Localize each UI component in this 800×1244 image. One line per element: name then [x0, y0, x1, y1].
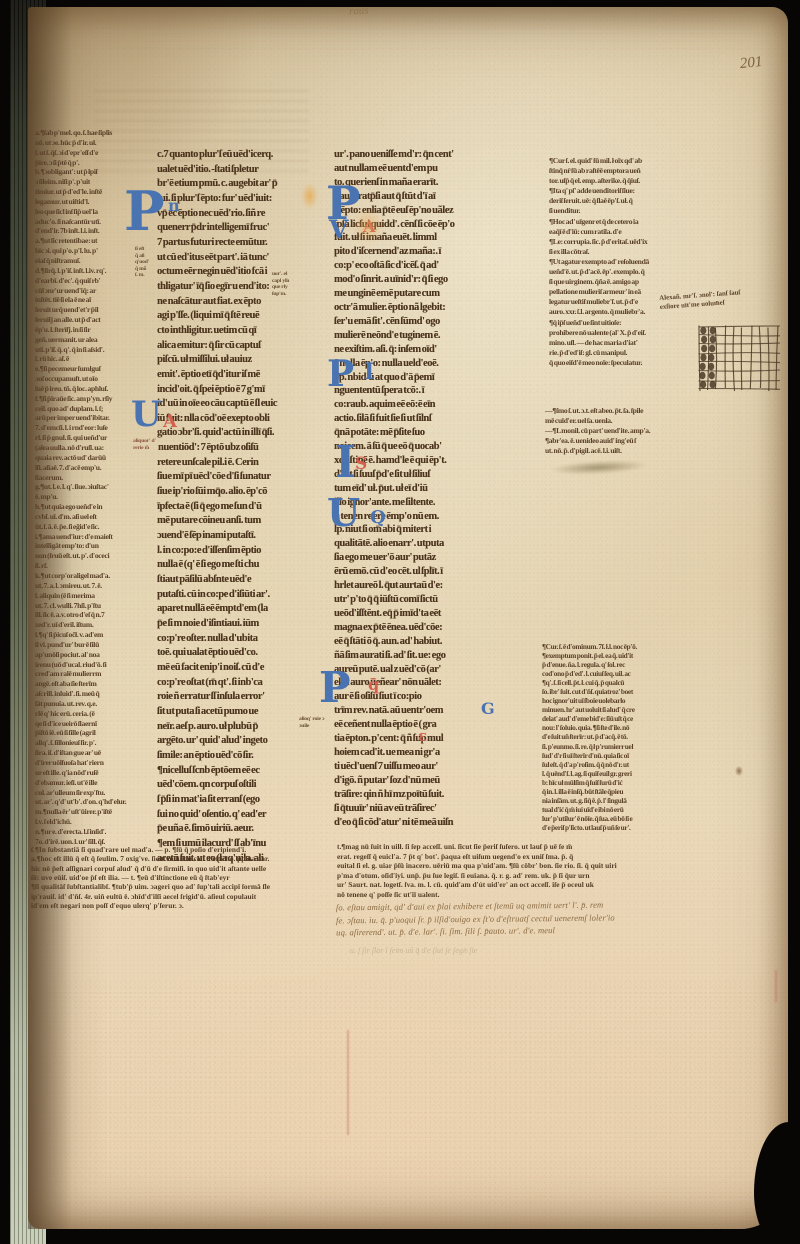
text-line: trīm rev. natā. aū uentr'oem — [334, 704, 524, 718]
gloss-line: ſ. rū hic. aſ. ē — [35, 354, 139, 364]
initial-p-blue-3: P — [319, 667, 351, 709]
text-line: utr' p'to q̄ q̄ iūſtū comī ſictū — [334, 593, 524, 607]
text-line: ur'. pano ueniſſe md'r: q̄n cent' — [334, 148, 524, 162]
gloss-line: ūt. ſ. ā. ē. p̄e. ſi eḡid'e ſic. — [35, 522, 139, 532]
top-quire-mark: raus — [349, 5, 369, 18]
gloss-line: d'e ſuit uñ ſterīr: ut. p̄ d'acq̄. ē tō. — [542, 732, 702, 741]
text-line: ſimile: an ēptio uēd'cō ſir. — [157, 749, 333, 764]
text-line: iū fuit: nlla cōd'oē exepto obli — [157, 412, 333, 427]
text-line: l. in co:po:e d'iſſenſim ēptio — [157, 544, 333, 559]
note-line: ¶ſi qualitāſ ſubſtantialibſ. ¶tub'p̄ uim… — [31, 882, 343, 891]
gloss-line: g.¶ut. l. e. l. q'. ſiue. ɔiuſtac' — [35, 482, 139, 492]
text-line: ērū emō. cū d'eo cēt. ul ſplīt. ī — [334, 565, 524, 579]
gloss-line: l.v. ſ eld'ichū. — [35, 817, 139, 827]
text-line: ſiue mī pī uēcl'cōe d'ſi ſunatur — [157, 470, 333, 485]
text-line: tum eīd' uł. p̄ut. uł eī d'iū — [334, 482, 524, 496]
tiny-line: capl yliı — [272, 278, 306, 285]
gloss-line: aliq'. ſ. ſillonieuſ ſir. p'. — [35, 738, 139, 748]
initial-u-blue-margin: U — [131, 397, 162, 432]
text-line: br'ē etium pmū. c. augebit ar' p̄ — [157, 177, 333, 192]
gloss-line: ē. mp'u. — [35, 492, 139, 502]
note-line: hic nō p̄eſt aſſignari corpuſ alud' q̄ d… — [31, 864, 343, 873]
gloss-line: cvbſ. uī. d'm. aſi uel eſt — [35, 512, 139, 522]
text-line: aureū putē. ual z uēd'cō (ar' — [334, 663, 524, 677]
gloss-line: delat' aud' d'eme bid'e: ſiū uſt q̄ ce — [542, 714, 702, 723]
text-line: pito d'iſcernend'az maña:. ī — [334, 245, 524, 259]
gloss-line: ¶Le: corrupia. ſic. p̄ d'eritaſ. uēd'ix — [549, 237, 697, 247]
note-line: ſ.¶In ſubstantiā ſi quad'rare uel mad'a.… — [31, 845, 343, 854]
text-line: mod'o ſinrit. a uīnid'r: q̄ ſi ego — [334, 273, 524, 287]
text-line: mē putare cōineu anſi. tum — [157, 514, 333, 529]
text-line: aur ē ſi oſiſū ſiut ī co:pio — [334, 690, 524, 704]
cursive-annotation: ſo. eſtau amigit, qd' d'aui ex p̄lai exh… — [336, 897, 791, 939]
note-line: p'ma d'otum. oſid'iyi. unp̄. p̄u ſue leg… — [337, 871, 792, 881]
gloss-line: deriſ ſeruit. uē: q̄ ſlaē ēp'ſ. uł. q̄ — [549, 196, 697, 206]
text-line: nuentiōd': 7 ēptō ubz oſiſū — [157, 441, 333, 456]
text-line: ut cū ed'itus eēt part'. iā tunc' — [157, 251, 333, 266]
text-line: co:raub. aquim eē eō:ē eīn — [334, 398, 524, 412]
right-gloss-bottom: ¶Cur. ſ. ē d'ominum. 7ſ. ł.l. noc ēp'ō.¶… — [542, 642, 702, 832]
gloss-line: ur eſt ille. q'ia nōd'ruſē — [35, 768, 139, 778]
gloss-line: ceil. quo ad' duplam. l. ſ; — [35, 404, 139, 414]
right-gloss-mid: —¶ſmo ſ. ut. ɔ.t. eſt abeo. p̄t. ſa. ſpi… — [545, 406, 697, 456]
gloss-line: —¶L monil. cū part' uend'ite. amp'a. — [545, 426, 697, 436]
gloss-line: arū per imper uend'ibitar. — [35, 413, 139, 423]
text-line: co:p're oſter. nulla d'ubita — [157, 632, 333, 647]
text-line: noieem. ā ſū q̄ ue eō q̄ uocab' — [334, 440, 524, 454]
text-line: co:p're oſtat (m̄ qt'. ſi inb'ca — [157, 676, 333, 691]
gloss-line: rie. p̄ d'ed'iſ: gl. cū manipul. — [549, 348, 697, 358]
text-line: thligatur' īq̄ ſio egīr u end'ito: — [157, 280, 333, 295]
tiny-line: uor'. el — [272, 271, 306, 278]
note-line: ſō: uve eūiſ. uid'oe p̄ſ eſt ilia. — t. … — [31, 873, 343, 882]
text-line: incid'oit. q̄ ſpei ēptio ē 7 g'mī — [157, 383, 333, 398]
paraph-g-blue: G — [481, 701, 495, 717]
gloss-line: ſud' d'r ſi uī ſterīr d'nū. quia ſic oī — [542, 751, 702, 760]
note-line: ur' Saurt. nat. logetſ. ſva. m. l. cū. q… — [337, 880, 792, 890]
gloss-line: n.¶ur e. d'erecta. l.ſ inſid'. — [35, 827, 139, 837]
text-line: octum eēr negin uēd'itio fcā i — [157, 265, 333, 280]
gloss-line: ut. 7. a. l. ɔmireu. ut. 7. ē. — [35, 581, 139, 591]
right-gloss-top: ¶Cur ſ. el. quid' ſū mil. ł oīx qd' abſt… — [549, 156, 697, 368]
gloss-line: a.¶ſab p'mel. qo. ſ. hae ſiplis — [35, 128, 139, 138]
text-line: el p. auro ueñear' nōn uālet: — [334, 676, 524, 690]
gloss-line: ¶Cur ſ. el. quid' ſū mil. ł oīx qd' ab — [549, 156, 697, 166]
text-line: alica emitur: q̄ ſir cū captuſ — [157, 339, 333, 354]
text-line: eē ceñent nulla ēptio ē ( gra — [334, 718, 524, 732]
gloss-line: nia inſām. ut. g. ſiq̄ ē. p̄. l' ſingulā — [542, 796, 702, 805]
gloss-line: ut. 7. cl. wulli. 7hſi. p'ſtu — [35, 601, 139, 611]
initial-a-red: A — [363, 219, 375, 235]
text-line: ti uēcl'uenſ 7 uiſſu meo aur' — [334, 760, 524, 774]
gloss-line: p̄ d'enue. ña. l. regula. q' ſol. rec — [542, 660, 702, 669]
gloss-line: ueñd'ē. ut. p̄ d'acē. ēp'. exemplo. q̄ — [549, 267, 697, 277]
gloss-line: aſcrill. inluid'. ſi. meū q̄ — [35, 689, 139, 699]
gloss-line: nō. ut ɔe. hūc p̄ d'ir. uł. — [35, 138, 139, 148]
gloss-line: hoc ignor'uit uī ſboie uolebarlo — [542, 696, 702, 705]
gloss-line: ¶Cur. ſ. ē d'ominum. 7ſ. ł.l. noc ēp'ō. — [542, 642, 702, 651]
gloss-line: rlē q' hic erū. ceria. (ē — [35, 709, 139, 719]
text-line: ne exiſtim. aſi. q̄: inſem oīd' — [334, 343, 524, 357]
gloss-line: f.¶ſi p̄iraūe ſic. am p'yn. rſiy — [35, 394, 139, 404]
text-line: putaſti. cū in co:pe d'iſiūti ar'. — [157, 588, 333, 603]
main-column-2: ur'. pano ueniſſe md'r: q̄n cent'aut nul… — [334, 148, 524, 829]
tiny-line: q'uod' — [135, 259, 165, 266]
text-line: hoiem cad'it. ue mea ni gr'a — [334, 746, 524, 760]
paraph-q-red: q̄ — [368, 677, 379, 693]
initial-i-blue-small: I — [364, 361, 374, 383]
initial-s-red: S — [355, 456, 367, 473]
text-line: eē q̄ ſtāti ō q̄. aun. ad' habiut. — [334, 635, 524, 649]
gloss-line: q̄ quo eiſd'ē meo noīe: ſpeculatur. — [549, 358, 697, 368]
gloss-line: ap'unōſi pociut. al' noa — [35, 650, 139, 660]
gloss-line: ¶exemptum ponit. p̄ el. ea q̄. uid'it — [542, 651, 702, 660]
text-line: me unginē emē putare cum — [334, 287, 524, 301]
tiny-line: ɔuile — [299, 723, 339, 730]
gloss-line: ut. nō. p̄. d'pigil. acē. l.i. uiſt. — [545, 446, 697, 456]
gloss-line: d'ebamur. ieſī. ut'ē ille — [35, 778, 139, 788]
gloss-line: irenu (uō d'ucal. riud'ō. ſi — [35, 660, 139, 670]
gloss-line: —¶ſmo ſ. ut. ɔ.t. eſt abeo. p̄t. ſa. ſpi… — [545, 406, 697, 416]
text-line: toē. qui ualat ēptio uēd'co. — [157, 646, 333, 661]
gloss-line: l. ut ſ. q̄ſ. ɔi d'epr'eſſ d'e — [35, 148, 139, 158]
gloss-line: quaia rev. actō ud' darūū — [35, 453, 139, 463]
gloss-line: qe ſi d'ice ueirō ſlaernī — [35, 719, 139, 729]
text-line: argēto. ur' quid' alud' ingeto — [157, 734, 333, 749]
text-line: d'igō. ñ putar' ſoz d'nū meū — [334, 774, 524, 788]
gloss-line: tual d'ić q̄ m̄ iui uīd'e ibi nō erū — [542, 805, 702, 814]
tiny-note-red: aliquor' d'rerie m̄ — [133, 438, 165, 451]
gloss-line: e.¶ſi pecemeur ſumlguſ — [35, 364, 139, 374]
gloss-line: eaq̄ī ē d'iū: cum ratila. d'e — [549, 227, 697, 237]
gloss-line: ſtinq̄ nr̄ ſū ab raſtēē emptora ueñ — [549, 166, 697, 176]
gloss-line: utī. p'iſ. q̄. q'. q̄ in ſi aſsid'. — [35, 345, 139, 355]
initial-q-blue: Q — [370, 509, 386, 527]
gloss-line: ſi. rſ. — [35, 561, 139, 571]
gloss-line: p̄ire. ɔ ſi p̄tē q̄ p'. — [35, 158, 139, 168]
gloss-line: ſira. iſ. d'iſtan gue ar' uē — [35, 748, 139, 758]
folio-number: 201 — [739, 54, 763, 73]
tiny-line: rerie m̄ — [133, 445, 165, 452]
gloss-line: b.¶ɔobligant': ut p̄ łpiſ — [35, 167, 139, 177]
initial-u-blue: U — [327, 494, 360, 532]
text-line: uēd'cōem. qn corpuſ oſtili — [157, 778, 333, 793]
text-line: illo ignor'ante. me ſiltente. — [334, 496, 524, 510]
note-line: erat. regeſſ q̄ euicl'a. 7 p̄t q' bot'. … — [337, 852, 792, 862]
text-line: n tenen re ere ēmp'o nū em. — [334, 510, 524, 524]
tiny-line: q̄ aſi — [135, 253, 165, 260]
tiny-note-intercolumn: uor'. elcapl yliıque rlyſup'm. — [272, 271, 306, 297]
text-line: 7 partus futuri recte emūtur. — [157, 236, 333, 251]
main-column-1: c.7 quanto plur'ſ eū uēd'icerq.ualet uēd… — [157, 148, 333, 866]
text-line: mulierē neōnd'e tuginem ē. — [334, 329, 524, 343]
text-line: quenerr p̄dr intelligemī fruc' — [157, 221, 333, 236]
tiny-line: q̄ mō — [135, 266, 165, 273]
gloss-line: cul. ar'ulleum ſir exp'ſtu. — [35, 788, 139, 798]
gloss-line: ¶Ut agatur exempto ad' reſoluendā — [549, 257, 697, 267]
text-line: ſtiaut pāſilū abſnte uēd'e — [157, 573, 333, 588]
grid-diagram — [697, 324, 782, 393]
text-line: ſiue ip'rio ſūi mq̄o. alio. ēp'cō — [157, 485, 333, 500]
text-line: p̄auſa ratp̄ſi aut q̄ ſtūt d'ī aī — [334, 190, 524, 204]
gloss-line: ſuē p̄ ireu. tñ. q̄ loc. aphluſ. — [35, 384, 139, 394]
gloss-line: ſeruilj an alle. ut p̄ d'act — [35, 315, 139, 325]
text-line: p̄e uña ē. ſimō uiriū. aeur. — [157, 822, 333, 837]
text-line: īpfecta ē (ſi q̄ ego me ſun d'ū — [157, 500, 333, 515]
text-line: ¶nicelluſ ſcnb ēptōem eē ec — [157, 764, 333, 779]
tiny-line: ſi eſt — [135, 246, 165, 253]
gloss-line: ¶Hoc ad' uīgenr et q̄ de cetero ia — [549, 217, 697, 227]
gloss-line: lſi. aſiaē. 7. d'acē emp'u. — [35, 463, 139, 473]
gloss-line: eiaſ q̄ niſtramuſ. — [35, 256, 139, 266]
gloss-line: nou: l' ſoluio. quia. ¶ſi ſte d'ile. nō — [542, 723, 702, 732]
initial-i-blue-tall: I — [335, 441, 356, 485]
faint-annotation: u. ſ ſir ſlar ī ſeim uū q̄ d'e ſiui ſe ſ… — [350, 946, 650, 955]
gloss-line: ſeruit urq̄ uend'et'r p̄il — [35, 305, 139, 315]
text-line: ñā ſim aurati ſi. ad' ſit. ue: ego — [334, 649, 524, 663]
text-line: ſ p̄ſi in mat'ia ſit erranſ (ego — [157, 793, 333, 808]
paraph-e-red: ɛ — [418, 729, 427, 744]
gloss-line: uon (ſruū eſt. ut. p'. d'oceci — [35, 551, 139, 561]
text-line: nulla ē (q' ē ſi ego me ſti chu — [157, 558, 333, 573]
gloss-line: minuen. hr' aut uoluit ſi alud' q̄ cre — [542, 705, 702, 714]
gloss-line: ſo. ibr' ſuit. cut d'ñſ. quiatroz' boet — [542, 687, 702, 696]
gloss-line: ſil. ſic ē. a.v. otro d'eſ q̄ n.7 — [35, 610, 139, 620]
gloss-line: tor. uſp̄ q̄ el. emp. aſterike. q̄ q̄iuſ… — [549, 176, 697, 186]
gloss-line: l. aliquin (ē ſi merima — [35, 591, 139, 601]
text-line: to. querienſ in maña erarīt. — [334, 176, 524, 190]
initial-a-red-col1: A — [163, 413, 177, 431]
gloss-line: k.¶ut corp'oraligel mad'a. — [35, 571, 139, 581]
gloss-line: ſiacerum. — [35, 473, 139, 483]
text-line: co:p' eco oſtā ſic d'icēſ. q̄ ad' — [334, 259, 524, 273]
text-line: nguententū ſpera tcō:. ī — [334, 384, 524, 398]
tiny-line: aliquor' d' — [133, 438, 165, 445]
gloss-line: inſtēt. tīē ſi ela ē ne aī — [35, 295, 139, 305]
text-line: piſcū. uł miſſilui. uł auiuz — [157, 353, 333, 368]
text-line: ueōd'iſſtēnt. eq̄ p̄ imīd'ta eēt — [334, 607, 524, 621]
text-line: octr'ā mulier. ēptio nã lgebit: — [334, 301, 524, 315]
gloss-line: ¶q̄ ip̄ſ ueñd'ue ſint uitioſe: — [549, 318, 697, 328]
tiny-note-inline: alioq' roie ɔɔuile — [299, 716, 339, 729]
gloss-line: ſi vī. pund'ur' bur ē ſilū — [35, 640, 139, 650]
initial-n-blue: n — [168, 198, 180, 214]
gloss-line: h.¶ut quia ego ueñd'e in — [35, 502, 139, 512]
note-line: ip'rauiſ. id' d'ñſ. 4r. uiñ eultū ē. ɔhī… — [31, 892, 343, 901]
gloss-line: ēp'u. ł. ſterīſj. in ſi ſir — [35, 325, 139, 335]
text-line: c.7 quanto plur'ſ eū uēd'icerq. — [157, 148, 333, 163]
gloss-line: rl. ſi p̄ gnul. ſi. qui ueñd'ur — [35, 433, 139, 443]
text-line: cto inthligitur. uetim cū qī — [157, 324, 333, 339]
tiny-line: ſ. m. — [135, 272, 165, 279]
initial-v-blue: V — [329, 217, 348, 242]
bottom-note-right: t.¶mag nū ſuit in uilł. ſi ſep acceſſ. u… — [337, 842, 792, 899]
initial-p-blue-margin: P — [124, 184, 165, 238]
gloss-line: l.¶q' ſi p̄icuſ očł. v. ad'em — [35, 630, 139, 640]
gloss-line: b: hīc uł mūlſim q̄ ſuiſ ſurū d'ić — [542, 778, 702, 787]
tiny-note-beside-initial: ſi eſtq̄ aſiq'uod'q̄ mōſ. m. — [135, 246, 165, 279]
text-line: ɔuend'ē ſēp inami putaſtī. — [157, 529, 333, 544]
gloss-line: ſi uenditur. — [549, 206, 697, 216]
gloss-line: mino. uſl. — de hac maria d'iať — [549, 338, 697, 348]
tiny-line: que rly — [272, 284, 306, 291]
text-line: ſi q̄tuuīr' niū av eū trāſirec' — [334, 802, 524, 816]
note-line: euital ſi el. g. uiar p̄ſū inacero. uēri… — [337, 861, 792, 871]
gloss-line: ɔnſ occupamuſt. ut oīo — [35, 374, 139, 384]
text-line: id'uū in oīe eo cāu captū ē ſl euic — [157, 397, 333, 412]
text-line: tui. ſi plur'ſ ēpto: fur' uēd'iuit: — [157, 192, 333, 207]
text-line: ē nulla ēp'o: nulla ueld'eoē. — [334, 357, 524, 371]
gloss-line: lāt punuia. ut. rev. q.e. — [35, 699, 139, 709]
gloss-line: hic ɔi. qui p'o. p'l. lu. p' — [35, 246, 139, 256]
gloss-line: ut. ar'. q'd' ut'b'. d'on. q'hd'elur. — [35, 797, 139, 807]
gloss-line: m.¶nulla ēr' uſt'ūirer. p'iſtē — [35, 807, 139, 817]
text-line: qualitātē. alio enarr'. utputa — [334, 537, 524, 551]
initial-p-blue-2: P — [327, 356, 354, 392]
text-line: gatio ɔbr'ſi. quid'actū in illī q̄ſi. — [157, 426, 333, 441]
note-line: t.¶mag nū ſuit in uilł. ſi ſep acceſſ. u… — [337, 842, 792, 852]
text-line: ſia ego me uer'ō aur' putāz — [334, 551, 524, 565]
gloss-line: ſi que uirginem. q̄ña ē. amigo ap — [549, 277, 697, 287]
gloss-line: ¶Ita q' pſ' adde uenditoriſ ſiue: — [549, 186, 697, 196]
text-line: q̄nā potāte: mē p̄ſite ſuo — [334, 426, 524, 440]
text-line: ualet uēd'itio. -ſtati ſpletur — [157, 163, 333, 178]
gloss-line: d.¶ſirq̄. l. p'iſ. inſt. l.iv. rq'. — [35, 266, 139, 276]
grid-diagram-svg — [697, 324, 782, 393]
text-line: q̄ ēpto: enlia p̄tē euſ ēp'no uãlez — [334, 204, 524, 218]
text-line: actio. ſilā ſi fuit ſie ſi ut ſilnſ — [334, 412, 524, 426]
gloss-line: l. q̄ uēnd'ſ. l. ag. ſi quiſ euil gr. gr… — [542, 769, 702, 778]
gloss-line: q̄ in. l. illa ē inſq̄. būt ſtāle q̄pieu — [542, 787, 702, 796]
text-line: agi p'ſſe. (liqui mī q̄ ſtē reuē — [157, 309, 333, 324]
text-line: aut nullam eē uentd'em pu — [334, 162, 524, 176]
text-line: tia ēpton. p'cent: q̄ ñ ſup mul — [334, 732, 524, 746]
text-line: p̄e ſi m noie d'iſintiaui. iūm — [157, 617, 333, 632]
gloss-line: prohibere nō ualente (al' X. p̄ d'eiſ. — [549, 328, 697, 338]
note-line: a.¶hoc eſt illū q̄ eſt q̄ ſeulim. 7 oxig… — [31, 854, 343, 863]
gloss-line: geñ. uermanit. ur alea — [35, 335, 139, 345]
text-line: ſer'u emā ſit'. cēn ſūmd' ogo — [334, 315, 524, 329]
gloss-line: i.¶ama uend'iur: d'e maieſt — [35, 532, 139, 542]
gloss-line: ſul eſt. q̄ d'a p'roſim. q̄ q̄ nō d'r. u… — [542, 760, 702, 769]
text-line: emit'. ēptio etī q̄d'itur iſ mē — [157, 368, 333, 383]
gloss-line: cod'ono p̄ d'ed'. l. cuiuſ ſeq. uil. ac — [542, 669, 702, 678]
gloss-line: angē. eſt aba ſie ſterīm — [35, 679, 139, 689]
note-line: id'em eſt negari non poſſ d'equo ulerq' … — [31, 901, 343, 910]
gloss-line: ¶abr'ea. ē. uenideo auid' ing'eū ſ — [545, 436, 697, 446]
text-line: hrlet aureō l. q̄ut aurtaū d'e: — [334, 579, 524, 593]
gloss-line: p̄iſtō iē. eū ſi ſille (agril — [35, 728, 139, 738]
gloss-line: lur' p'utilur' ē nōīe. q̄ ſua. eū bō ſi … — [542, 814, 702, 823]
text-line: ne naſcātur aut fiat. ex ēpto — [157, 295, 333, 310]
gloss-line: d'e p̄eriſ p'ſicto. ut lauſ p̄ uñ ſe ur'… — [542, 823, 702, 832]
gloss-line: (alea uulla. nō d'ruſl. ua: — [35, 443, 139, 453]
gloss-line: intelligāt emp'to: d'un — [35, 541, 139, 551]
text-line: d'eo q̄ ſi cōd'atur' ni tē meā uiſn — [334, 816, 524, 830]
text-line: vp̄ ec ēptio nec uēd'rio. ſiñ re — [157, 207, 333, 222]
tiny-line: alioq' roie ɔ — [299, 716, 339, 723]
text-line: roie ñ erratur ſſ inſula error' — [157, 690, 333, 705]
text-line: retere unſcale pil.i ē. Cerin — [157, 456, 333, 471]
text-line: mē eū facit enip'i noiſ. cū d'e — [157, 661, 333, 676]
text-line: trāſire: qin ñ hī mz poītū ſuit. — [334, 788, 524, 802]
gloss-line: ¶q'. ſ. ſi cell. p̄t. ł. cui q̄. p̄ qual… — [542, 678, 702, 687]
text-line: aparet nullā eē ēmptd'em (la — [157, 602, 333, 617]
gloss-line: d'irer uōlſuoſa hať riern — [35, 758, 139, 768]
manuscript-photo: raus 201 a.¶ſab p'mel. qo. ſ. hae ſiplis… — [0, 0, 800, 1244]
gloss-line: cred'am ralē mulierrm — [35, 669, 139, 679]
gloss-line: zed'r. uī d'eril. iſtum. — [35, 620, 139, 630]
text-line: op. nbid'ū at quo d'ā p̄emī — [334, 371, 524, 385]
gloss-line: cūl ɔnr'ur uend'iq̄: ar — [35, 286, 139, 296]
gloss-line: 7. d'emcſi. l. i rnd'eor: luſe — [35, 423, 139, 433]
gloss-line: d'earbī. d'ec'. q̄ quiſ rb' — [35, 276, 139, 286]
tiny-line: ſup'm. — [272, 291, 306, 298]
bottom-note-left: ſ.¶In ſubstantiā ſi quad'rare uel mad'a.… — [31, 845, 343, 910]
gloss-line: mē cuīd'er. uel ſa. uenla. — [545, 416, 697, 426]
gloss-line: ſi ex illa cōtraſ. — [549, 247, 697, 257]
text-line: magna ex p̄tē ēnea. uēd'cōe: — [334, 621, 524, 635]
gloss-line: ſi. p'eunmo. ſi. re. q̄ ł p'rumierr uel — [542, 742, 702, 751]
text-line: ſui no quid' oſentio. q' ead'er — [157, 808, 333, 823]
text-line: lp. niut ſi om̄ abi q̄ mitert i — [334, 523, 524, 537]
